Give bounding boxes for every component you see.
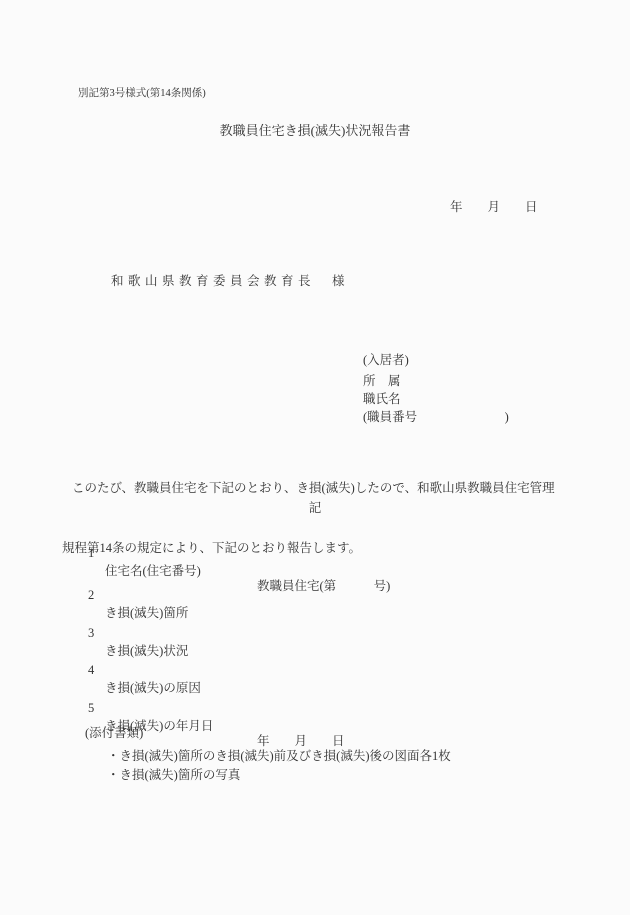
document-title: 教職員住宅き損(滅失)状況報告書 xyxy=(0,120,630,139)
item-3-number: 3 xyxy=(88,626,94,641)
item-5-number: 5 xyxy=(88,701,94,716)
form-item-5: 5 き損(滅失)の年月日 年 月 日 xyxy=(0,686,630,703)
item-2-number: 2 xyxy=(88,588,94,603)
attachment-item-2: ・き損(滅失)箇所の写真 xyxy=(107,765,240,783)
sender-name-label: 職氏名 xyxy=(363,389,401,407)
body-line-1: このたび、教職員住宅を下記のとおり、き損(滅失)したので、和歌山県教職員住宅管理 xyxy=(62,478,574,498)
addressee-line: 和歌山県教育委員会教育長 様 xyxy=(111,271,349,289)
item-1-number: 1 xyxy=(88,546,94,561)
form-item-1: 1 住宅名(住宅番号) 教職員住宅(第 号) xyxy=(0,531,630,548)
date-blank-line: 年 月 日 xyxy=(450,197,538,215)
report-form-page: 別記第3号様式(第14条関係) 教職員住宅き損(滅失)状況報告書 年 月 日 和… xyxy=(0,0,630,915)
form-item-2: 2 き損(滅失)箇所 xyxy=(0,573,630,590)
sender-employee-number-label: (職員番号 ) xyxy=(363,407,509,425)
sender-resident-label: (入居者) xyxy=(363,350,409,368)
sender-affiliation-label: 所 属 xyxy=(363,371,401,389)
attachments-heading: (添付書類) xyxy=(85,723,143,741)
form-item-3: 3 き損(滅失)状況 xyxy=(0,611,630,628)
form-number-label: 別記第3号様式(第14条関係) xyxy=(78,85,206,100)
attachment-item-1: ・き損(滅失)箇所のき損(滅失)前及びき損(滅失)後の図面各1枚 xyxy=(107,746,451,764)
item-4-number: 4 xyxy=(88,663,94,678)
record-heading: 記 xyxy=(0,498,630,516)
form-item-4: 4 き損(滅失)の原因 xyxy=(0,648,630,665)
